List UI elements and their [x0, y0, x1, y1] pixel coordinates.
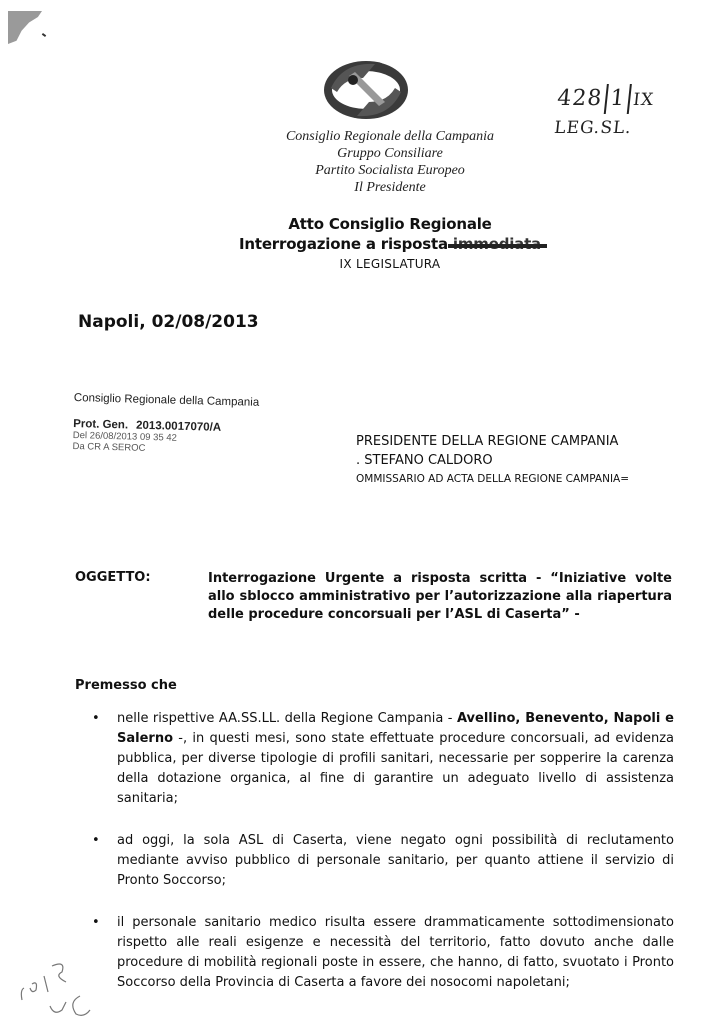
item-text: ad oggi, la sola ASL di Caserta, viene n…: [117, 833, 674, 888]
ref-number: 428: [556, 86, 604, 111]
title-type: Interrogazione a risposta: [239, 235, 448, 253]
issuer-line: Consiglio Regionale della Campania: [200, 128, 580, 145]
legislature: IX LEGISLATURA: [200, 257, 580, 271]
section-heading: Premesso che: [75, 678, 177, 693]
issuer-line: Il Presidente: [200, 179, 580, 196]
issuer-line: Partito Socialista Europeo: [200, 162, 580, 179]
issuer-line: Gruppo Consiliare: [200, 145, 580, 162]
item-text: nelle rispettive AA.SS.LL. della Regione…: [117, 711, 457, 726]
bullet-icon: •: [92, 831, 100, 851]
document-title: Atto Consiglio Regionale Interrogazione …: [200, 215, 580, 271]
recipient-block: PRESIDENTE DELLA REGIONE CAMPANIA . STEF…: [356, 432, 629, 489]
list-item: • il personale sanitario medico risulta …: [92, 913, 674, 993]
title-line-2: Interrogazione a risposta immediata: [200, 235, 580, 253]
scan-dot: [42, 33, 46, 37]
protocol-stamp: Consiglio Regionale della Campania Prot.…: [72, 392, 259, 457]
list-item: • ad oggi, la sola ASL di Caserta, viene…: [92, 831, 674, 891]
recipient-line: OMMISSARIO AD ACTA DELLA REGIONE CAMPANI…: [356, 470, 629, 489]
item-text: il personale sanitario medico risulta es…: [117, 915, 674, 990]
place-date: Napoli, 02/08/2013: [78, 312, 259, 332]
subject-text: Interrogazione Urgente a risposta scritt…: [208, 570, 672, 624]
subject-label: OGGETTO:: [75, 570, 151, 585]
list-item: • nelle rispettive AA.SS.LL. della Regio…: [92, 709, 674, 809]
handwritten-scribble-icon: [10, 940, 100, 1020]
struck-word: immediata: [448, 235, 541, 253]
handwritten-protocol-ref: 4281IX LEG.SL.: [553, 84, 724, 139]
bullet-icon: •: [92, 709, 100, 729]
recipient-line: . STEFANO CALDORO: [356, 451, 629, 470]
title-line-1: Atto Consiglio Regionale: [200, 215, 580, 233]
bullet-icon: •: [92, 913, 100, 933]
ref-sub: 1: [609, 86, 627, 111]
campania-logo-icon: [323, 58, 409, 122]
item-text: -, in questi mesi, sono state effettuate…: [117, 731, 674, 806]
premise-list: • nelle rispettive AA.SS.LL. della Regio…: [92, 709, 674, 1015]
issuer-block: Consiglio Regionale della Campania Grupp…: [200, 128, 580, 196]
scan-corner-mark: [8, 11, 42, 44]
stamp-org: Consiglio Regionale della Campania: [74, 392, 260, 409]
recipient-line: PRESIDENTE DELLA REGIONE CAMPANIA: [356, 432, 629, 451]
